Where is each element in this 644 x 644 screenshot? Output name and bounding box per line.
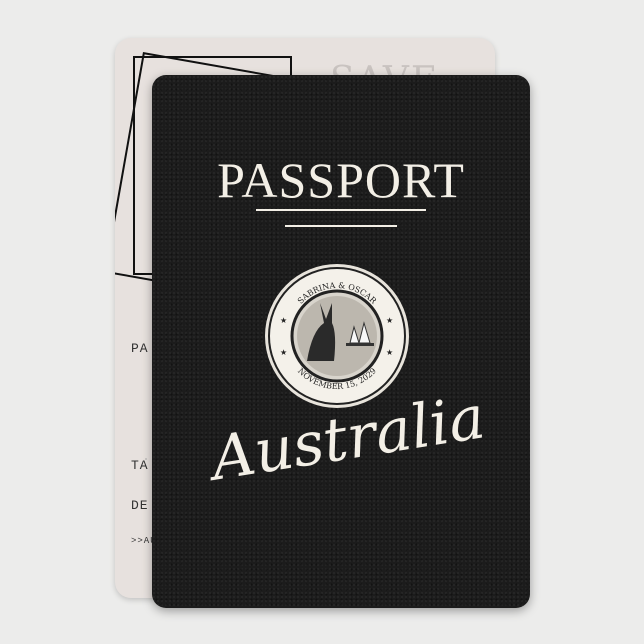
back-field: TA xyxy=(131,458,149,473)
svg-text:★: ★ xyxy=(280,348,287,357)
back-field: PA xyxy=(131,341,149,356)
divider xyxy=(256,209,426,211)
svg-text:★: ★ xyxy=(386,348,393,357)
back-field: DE xyxy=(131,498,149,513)
passport-cover: PASSPORT SABRINA & OSCAR NOVEMBER 15, 20… xyxy=(152,75,530,608)
svg-text:★: ★ xyxy=(280,316,287,325)
divider xyxy=(285,225,397,227)
svg-text:★: ★ xyxy=(386,316,393,325)
kangaroo-seal-icon: SABRINA & OSCAR NOVEMBER 15, 2029 ★ ★ ★ … xyxy=(262,261,412,411)
passport-title: PASSPORT xyxy=(152,151,530,209)
